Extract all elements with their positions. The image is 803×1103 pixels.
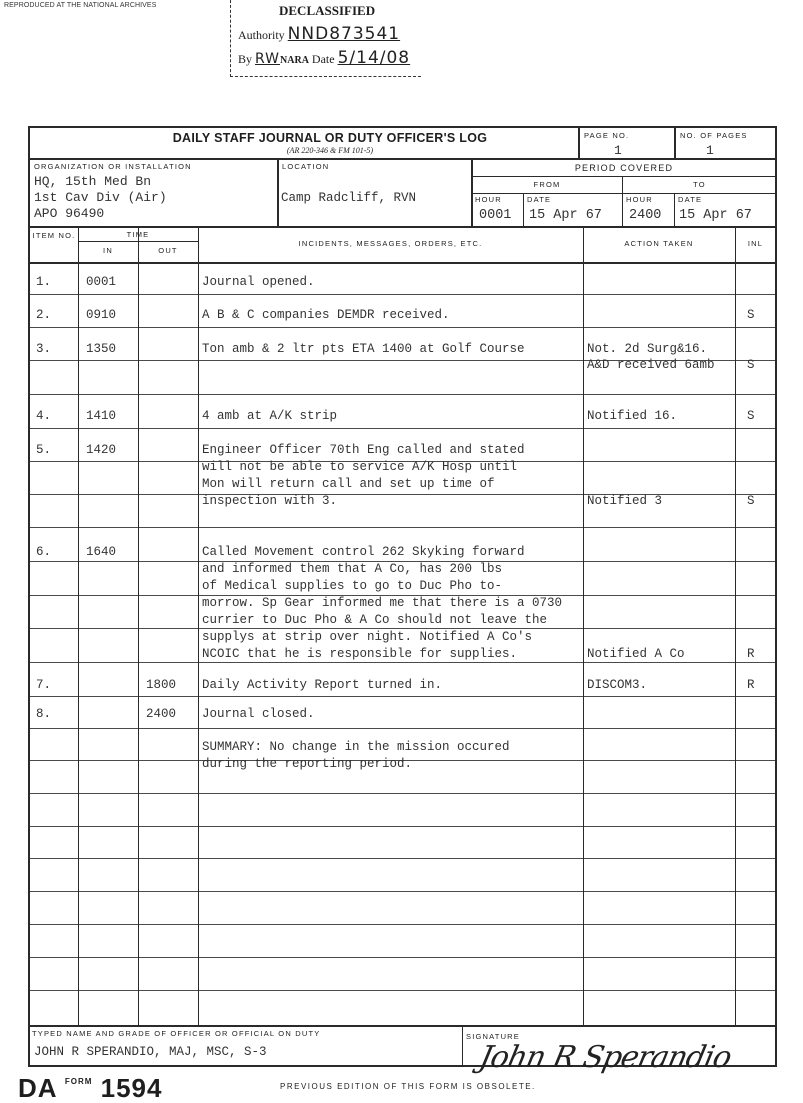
page-no: 1 [614,143,622,158]
organization-line-3: APO 96490 [34,206,104,221]
entry-text: A B & C companies DEMDR received. [202,308,450,322]
entry-item: 6. [36,545,51,559]
header-in: IN [78,246,138,255]
entry-text: Journal closed. [202,707,315,721]
stamp-by-row: By RWNARA Date 5/14/08 [238,48,410,68]
entry-text: of Medical supplies to go to Duc Pho to- [202,579,502,593]
location-value: Camp Radcliff, RVN [281,191,416,205]
stamp-authority-row: Authority NND873541 [238,24,400,44]
stamp-initials: RW [255,51,280,67]
previous-edition-note: PREVIOUS EDITION OF THIS FORM IS OBSOLET… [280,1082,536,1091]
form-number: DA FORM 1594 [18,1073,162,1103]
to-hour-label: HOUR [626,195,653,204]
page-no-label: PAGE NO. [584,131,629,140]
entry-text: NCOIC that he is responsible for supplie… [202,647,517,661]
entry-text: Daily Activity Report turned in. [202,678,442,692]
entry-inl: R [747,647,755,661]
header-item-no: ITEM NO. [30,230,78,241]
no-of-pages-label: NO. OF PAGES [680,131,748,140]
entry-text: morrow. Sp Gear informed me that there i… [202,596,562,610]
officer-name: JOHN R SPERANDIO, MAJ, MSC, S-3 [34,1045,267,1059]
to-date: 15 Apr 67 [679,208,752,223]
organization-line-1: HQ, 15th Med Bn [34,174,151,189]
entry-action: Notified 16. [587,409,677,423]
entry-text: supplys at strip over night. Notified A … [202,630,532,644]
entry-action: Notified A Co [587,647,685,661]
entry-text: and informed them that A Co, has 200 lbs [202,562,502,576]
organization-line-2: 1st Cav Div (Air) [34,190,167,205]
archive-note: REPRODUCED AT THE NATIONAL ARCHIVES [4,2,156,9]
entry-text: Ton amb & 2 ltr pts ETA 1400 at Golf Cou… [202,342,525,356]
entry-inl: S [747,409,755,423]
entry-text: Mon will return call and set up time of [202,477,495,491]
entry-text: Called Movement control 262 Skyking forw… [202,545,525,559]
entry-item: 7. [36,678,51,692]
to-hour: 2400 [629,208,661,223]
entry-item: 3. [36,342,51,356]
from-date: 15 Apr 67 [529,208,602,223]
form-subtitle: (AR 220-346 & FM 101-5) [80,146,580,155]
entry-in: 1350 [86,342,116,356]
entry-text: 4 amb at A/K strip [202,409,337,423]
entry-out: 1800 [146,678,176,692]
organization-label: ORGANIZATION OR INSTALLATION [34,162,192,171]
to-label: TO [623,180,776,189]
form-prefix: DA [18,1073,57,1103]
entry-action: Not. 2d Surg&16. [587,342,707,356]
entry-text: currier to Duc Pho & A Co should not lea… [202,613,547,627]
entry-text: will not be able to service A/K Hosp unt… [202,460,517,474]
stamp-authority-value: NND873541 [288,24,400,44]
entry-inl: R [747,678,755,692]
form-word: FORM [65,1077,93,1086]
entry-item: 5. [36,443,51,457]
entry-in: 1640 [86,545,116,559]
entry-item: 1. [36,275,51,289]
location-label: LOCATION [282,162,329,171]
declassified-stamp: DECLASSIFIED Authority NND873541 By RWNA… [230,0,421,77]
entry-action: A&D received 6amb [587,358,715,372]
entry-text: Journal opened. [202,275,315,289]
from-hour-label: HOUR [475,195,502,204]
period-covered-label: PERIOD COVERED [472,163,776,173]
entry-inl: S [747,358,755,372]
from-date-label: DATE [527,195,551,204]
entry-in: 0910 [86,308,116,322]
entry-inl: S [747,308,755,322]
officer-label: TYPED NAME AND GRADE OF OFFICER OR OFFIC… [32,1029,320,1038]
entry-item: 4. [36,409,51,423]
entry-item: 2. [36,308,51,322]
form-title: DAILY STAFF JOURNAL OR DUTY OFFICER'S LO… [80,131,580,145]
header-incidents: INCIDENTS, MESSAGES, ORDERS, ETC. [198,239,583,248]
stamp-date-label: Date [312,52,335,66]
no-of-pages: 1 [706,143,714,158]
header-time: TIME [78,230,198,239]
entry-out: 2400 [146,707,176,721]
entry-text: during the reporting period. [202,757,412,771]
entry-in: 0001 [86,275,116,289]
entry-action: Notified 3 [587,494,662,508]
entry-action: DISCOM3. [587,678,647,692]
entry-in: 1420 [86,443,116,457]
officer-signature: John R Sperandio [476,1040,734,1075]
entry-in: 1410 [86,409,116,423]
form-number-value: 1594 [101,1073,163,1103]
stamp-authority-label: Authority [238,28,285,42]
stamp-title: DECLASSIFIED [279,3,375,19]
from-label: FROM [472,180,622,189]
stamp-by-label: By [238,52,252,66]
header-inl: INL [735,239,776,248]
entry-item: 8. [36,707,51,721]
stamp-date-value: 5/14/08 [338,48,411,68]
header-action: ACTION TAKEN [583,239,735,248]
entry-text: Engineer Officer 70th Eng called and sta… [202,443,525,457]
entry-text: inspection with 3. [202,494,337,508]
to-date-label: DATE [678,195,702,204]
entry-text: SUMMARY: No change in the mission occure… [202,740,510,754]
header-out: OUT [138,246,198,255]
from-hour: 0001 [479,208,511,223]
stamp-agency: NARA [280,55,309,66]
entry-inl: S [747,494,755,508]
